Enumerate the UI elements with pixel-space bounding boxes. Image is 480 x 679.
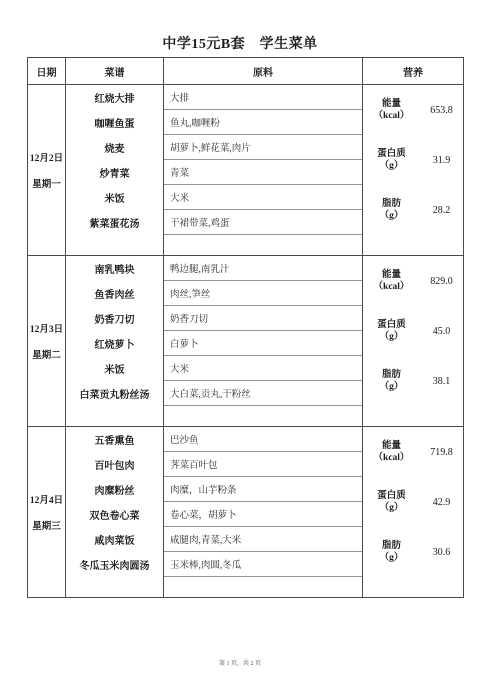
row-spacer	[164, 577, 362, 597]
day-block-monday: 12月2日 星期一 红烧大排 咖喱鱼蛋 烧麦 炒青菜 米饭 紫菜蛋花汤 大排 鱼…	[28, 85, 463, 256]
ingredient-cell: 大排	[164, 85, 362, 110]
nutrition-column: 能量（kcal） 719.8 蛋白质（g） 42.9 脂肪（g） 30.6	[363, 427, 463, 597]
dish-name: 红烧大排	[66, 85, 163, 110]
dish-name: 烧麦	[66, 135, 163, 160]
dish-name: 南乳鸭块	[66, 256, 163, 281]
table-header-ingredients: 原料	[164, 58, 363, 84]
ingredient-cell: 干裙带菜,鸡蛋	[164, 210, 362, 235]
nutrition-unit: （g）	[363, 502, 420, 514]
page-title: 中学15元B套 学生菜单	[0, 33, 480, 53]
nutrition-fat: 脂肪（g） 30.6	[363, 527, 463, 577]
row-spacer	[164, 406, 362, 426]
dish-name: 米饭	[66, 185, 163, 210]
ingredient-cell: 玉米棒,肉圆,冬瓜	[164, 552, 362, 577]
nutrition-label: 脂肪	[382, 199, 401, 209]
nutrition-energy: 能量（kcal） 829.0	[363, 256, 463, 306]
date-text: 12月4日	[30, 492, 63, 506]
nutrition-label: 蛋白质	[377, 320, 406, 330]
nutrition-fat: 脂肪（g） 38.1	[363, 356, 463, 406]
nutrition-label: 脂肪	[382, 370, 401, 380]
nutrition-column: 能量（kcal） 653.8 蛋白质（g） 31.9 脂肪（g） 28.2	[363, 85, 463, 255]
dish-name: 百叶包肉	[66, 452, 163, 477]
ingredient-cell: 鸭边腿,南乳汁	[164, 256, 362, 281]
date-cell: 12月2日 星期一	[28, 85, 66, 255]
nutrition-value: 38.1	[420, 376, 463, 387]
ingredients-column: 鸭边腿,南乳汁 肉丝,笋丝 奶香刀切 白萝卜 大米 大白菜,贡丸,干粉丝	[164, 256, 363, 426]
ingredient-cell: 青菜	[164, 160, 362, 185]
nutrition-unit: （g）	[363, 381, 420, 393]
nutrition-label: 脂肪	[382, 541, 401, 551]
ingredients-column: 大排 鱼丸,咖喱粉 胡萝卜,鲜花菜,肉片 青菜 大米 干裙带菜,鸡蛋	[164, 85, 363, 255]
dish-name: 咖喱鱼蛋	[66, 110, 163, 135]
table-header-row: 日期 菜谱 原料 营养	[28, 58, 463, 85]
nutrition-unit: （g）	[363, 331, 420, 343]
dish-name: 肉糜粉丝	[66, 477, 163, 502]
table-header-menu: 菜谱	[66, 58, 164, 84]
dish-name: 红烧萝卜	[66, 331, 163, 356]
ingredient-cell: 咸腿肉,青菜,大米	[164, 527, 362, 552]
ingredient-cell: 大米	[164, 185, 362, 210]
row-spacer	[66, 406, 163, 426]
nutrition-label: 蛋白质	[377, 491, 406, 501]
date-cell: 12月4日 星期三	[28, 427, 66, 597]
nutrition-unit: （kcal）	[363, 452, 420, 464]
table-header-date: 日期	[28, 58, 66, 84]
dish-name: 米饭	[66, 356, 163, 381]
ingredient-cell: 肉糜，山芋粉条	[164, 477, 362, 502]
dishes-column: 红烧大排 咖喱鱼蛋 烧麦 炒青菜 米饭 紫菜蛋花汤	[66, 85, 164, 255]
row-spacer	[164, 235, 362, 255]
ingredients-column: 巴沙鱼 荠菜百叶包 肉糜，山芋粉条 卷心菜，胡萝卜 咸腿肉,青菜,大米 玉米棒,…	[164, 427, 363, 597]
dish-name: 奶香刀切	[66, 306, 163, 331]
date-cell: 12月3日 星期二	[28, 256, 66, 426]
nutrition-unit: （kcal）	[363, 110, 420, 122]
ingredient-cell: 卷心菜，胡萝卜	[164, 502, 362, 527]
nutrition-value: 653.8	[420, 105, 463, 116]
row-spacer	[66, 577, 163, 597]
nutrition-label: 蛋白质	[377, 149, 406, 159]
ingredient-cell: 荠菜百叶包	[164, 452, 362, 477]
nutrition-label: 能量	[382, 270, 401, 280]
nutrition-energy: 能量（kcal） 719.8	[363, 427, 463, 477]
ingredient-cell: 巴沙鱼	[164, 427, 362, 452]
table-header-nutrition: 营养	[363, 58, 463, 84]
weekday-text: 星期一	[32, 176, 61, 190]
dish-name: 双色卷心菜	[66, 502, 163, 527]
nutrition-column: 能量（kcal） 829.0 蛋白质（g） 45.0 脂肪（g） 38.1	[363, 256, 463, 426]
nutrition-value: 829.0	[420, 276, 463, 287]
nutrition-label: 能量	[382, 99, 401, 109]
nutrition-value: 42.9	[420, 497, 463, 508]
nutrition-value: 30.6	[420, 547, 463, 558]
weekday-text: 星期三	[32, 518, 61, 532]
ingredient-cell: 胡萝卜,鲜花菜,肉片	[164, 135, 362, 160]
dishes-column: 南乳鸭块 鱼香肉丝 奶香刀切 红烧萝卜 米饭 白菜贡丸粉丝汤	[66, 256, 164, 426]
nutrition-unit: （kcal）	[363, 281, 420, 293]
page-footer: 第 1 页，共 2 页	[0, 658, 480, 667]
nutrition-energy: 能量（kcal） 653.8	[363, 85, 463, 135]
ingredient-cell: 鱼丸,咖喱粉	[164, 110, 362, 135]
dish-name: 白菜贡丸粉丝汤	[66, 381, 163, 406]
nutrition-fat: 脂肪（g） 28.2	[363, 185, 463, 235]
row-spacer	[66, 235, 163, 255]
nutrition-unit: （g）	[363, 160, 420, 172]
nutrition-value: 719.8	[420, 447, 463, 458]
date-text: 12月2日	[30, 150, 63, 164]
nutrition-unit: （g）	[363, 210, 420, 222]
ingredient-cell: 大米	[164, 356, 362, 381]
nutrition-protein: 蛋白质（g） 42.9	[363, 477, 463, 527]
ingredient-cell: 奶香刀切	[164, 306, 362, 331]
dish-name: 鱼香肉丝	[66, 281, 163, 306]
weekday-text: 星期二	[32, 347, 61, 361]
nutrition-value: 45.0	[420, 326, 463, 337]
ingredient-cell: 白萝卜	[164, 331, 362, 356]
nutrition-label: 能量	[382, 441, 401, 451]
ingredient-cell: 大白菜,贡丸,干粉丝	[164, 381, 362, 406]
dishes-column: 五香熏鱼 百叶包肉 肉糜粉丝 双色卷心菜 咸肉菜饭 冬瓜玉米肉圆汤	[66, 427, 164, 597]
nutrition-value: 31.9	[420, 155, 463, 166]
nutrition-protein: 蛋白质（g） 45.0	[363, 306, 463, 356]
ingredient-cell: 肉丝,笋丝	[164, 281, 362, 306]
nutrition-unit: （g）	[363, 552, 420, 564]
day-block-tuesday: 12月3日 星期二 南乳鸭块 鱼香肉丝 奶香刀切 红烧萝卜 米饭 白菜贡丸粉丝汤…	[28, 256, 463, 427]
nutrition-value: 28.2	[420, 205, 463, 216]
dish-name: 冬瓜玉米肉圆汤	[66, 552, 163, 577]
date-text: 12月3日	[30, 321, 63, 335]
dish-name: 咸肉菜饭	[66, 527, 163, 552]
day-block-wednesday: 12月4日 星期三 五香熏鱼 百叶包肉 肉糜粉丝 双色卷心菜 咸肉菜饭 冬瓜玉米…	[28, 427, 463, 597]
menu-table: 日期 菜谱 原料 营养 12月2日 星期一 红烧大排 咖喱鱼蛋 烧麦 炒青菜 米…	[27, 57, 464, 598]
nutrition-protein: 蛋白质（g） 31.9	[363, 135, 463, 185]
dish-name: 炒青菜	[66, 160, 163, 185]
document-page: 中学15元B套 学生菜单 日期 菜谱 原料 营养 12月2日 星期一 红烧大排 …	[0, 0, 480, 679]
dish-name: 五香熏鱼	[66, 427, 163, 452]
dish-name: 紫菜蛋花汤	[66, 210, 163, 235]
